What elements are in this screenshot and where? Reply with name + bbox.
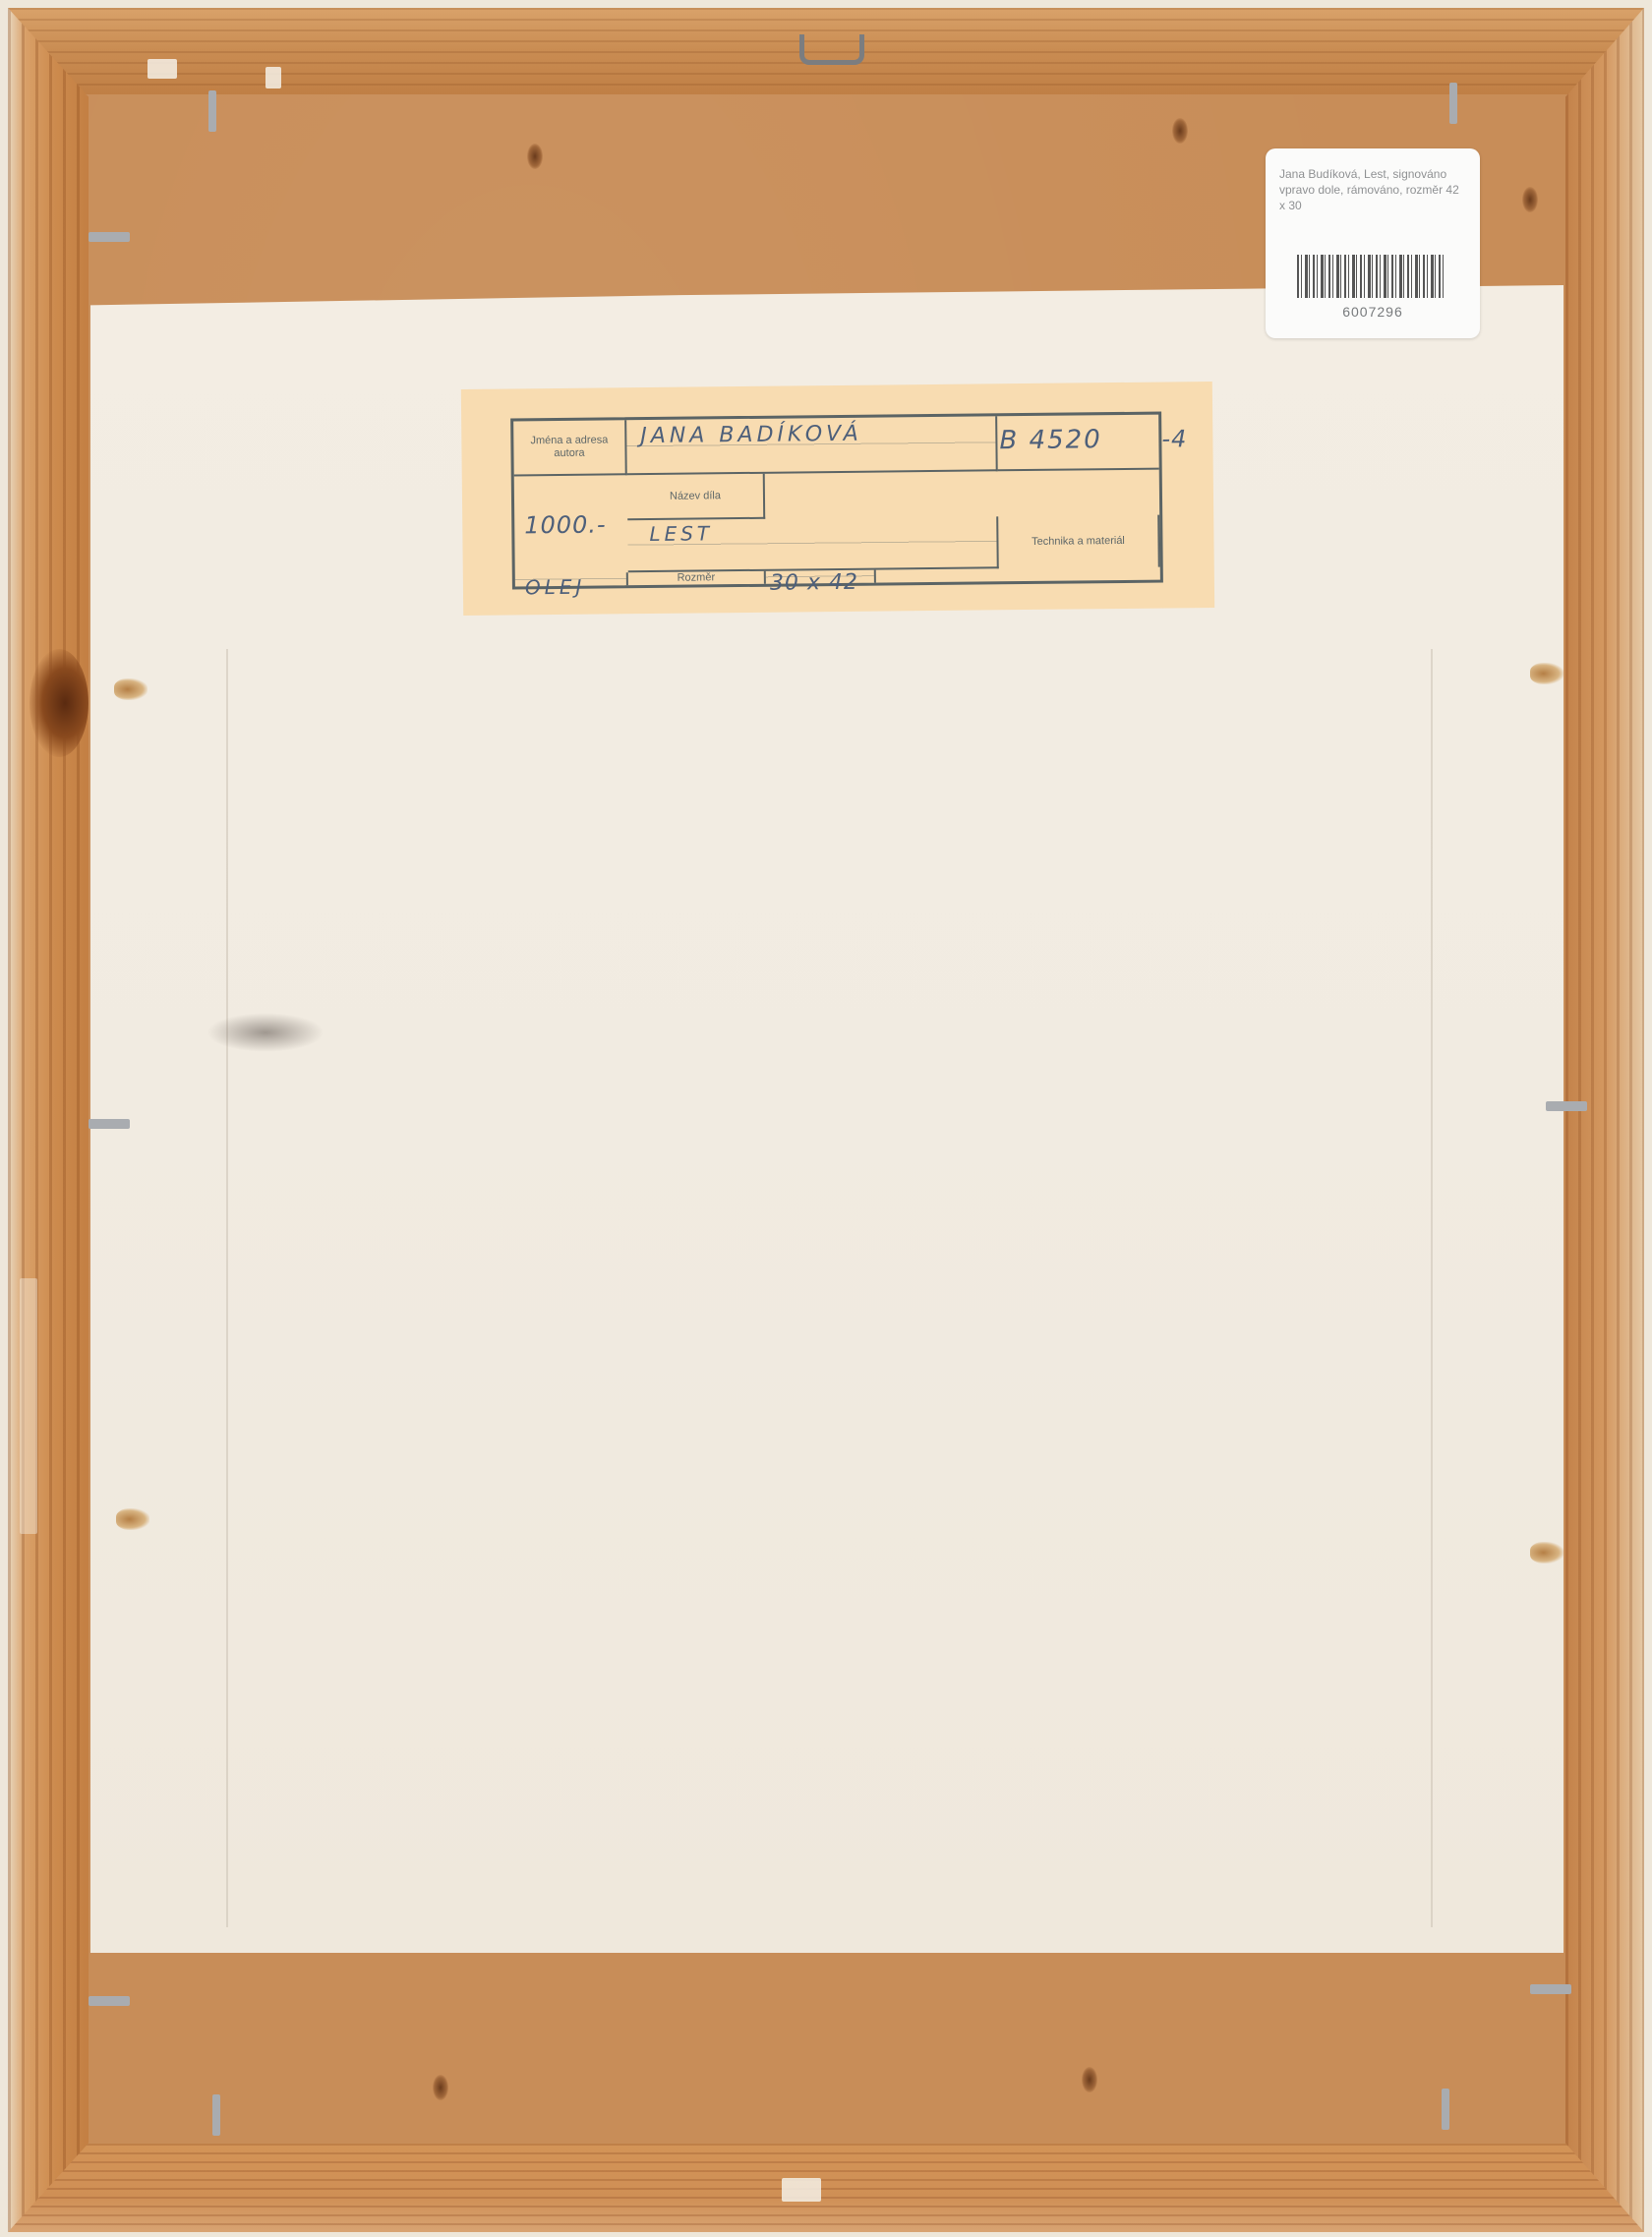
artwork-label-table: Jména a adresa autora JANA BADÍKOVÁ B 45… [510, 412, 1163, 590]
frame-clip [1530, 1984, 1571, 1994]
frame-rail-right [1565, 8, 1644, 2232]
string-knot-icon [114, 678, 147, 700]
technique-field: OLEJ [515, 572, 628, 586]
nail-icon [1522, 187, 1538, 212]
barcode-icon [1297, 255, 1446, 298]
paint-chip [20, 1278, 37, 1534]
paint-chip [147, 59, 177, 79]
artwork-label: Jména a adresa autora JANA BADÍKOVÁ B 45… [461, 382, 1214, 616]
size-field: 30 x 42 [766, 570, 876, 584]
wood-knot [29, 649, 88, 757]
inventory-code: B 4520 [999, 425, 1102, 455]
paper-stain [206, 1013, 324, 1052]
size-field-label: Rozměr [628, 571, 766, 585]
nail-icon [527, 144, 543, 169]
technique-field-label: Technika a materiál [998, 515, 1160, 569]
frame-clip [88, 1996, 130, 2006]
author-field: JANA BADÍKOVÁ [626, 416, 998, 475]
title-field: LEST [627, 516, 999, 572]
paint-chip [782, 2178, 821, 2202]
title-field-label: Název díla [627, 474, 765, 520]
paper-fold-line [226, 649, 228, 1927]
paper-fold-line [1431, 649, 1433, 1927]
frame-rail-bottom [8, 2144, 1644, 2232]
price-field: 1000.- [514, 475, 628, 573]
frame-clip [1442, 2089, 1449, 2130]
string-knot-icon [116, 1508, 149, 1530]
frame-clip [212, 2094, 220, 2136]
string-knot-icon [1530, 663, 1563, 684]
size-value: 30 x 42 [770, 570, 858, 596]
auction-sticker: Jana Budíková, Lest, signováno vpravo do… [1266, 148, 1480, 338]
frame-rail-left [8, 8, 88, 2232]
frame-clip [1449, 83, 1457, 124]
string-knot-icon [1530, 1542, 1563, 1563]
price-value: 1000.- [524, 510, 607, 539]
frame-clip [208, 90, 216, 132]
barcode-number: 6007296 [1266, 304, 1480, 320]
title-value: LEST [649, 521, 713, 546]
hanging-hook-icon [799, 34, 864, 65]
sticker-description: Jana Budíková, Lest, signováno vpravo do… [1279, 166, 1468, 213]
nail-icon [433, 2075, 448, 2100]
frame-clip [1546, 1101, 1587, 1111]
paint-chip [265, 67, 281, 88]
nail-icon [1082, 2067, 1097, 2092]
nail-icon [1172, 118, 1188, 144]
technique-value: OLEJ [525, 575, 586, 600]
inventory-field: B 4520 [997, 415, 1159, 472]
author-field-label: Jména a adresa autora [513, 420, 627, 476]
author-value: JANA BADÍKOVÁ [640, 422, 862, 448]
frame-clip [88, 1119, 130, 1129]
frame-clip [88, 232, 130, 242]
inventory-suffix: -4 [1161, 425, 1187, 452]
